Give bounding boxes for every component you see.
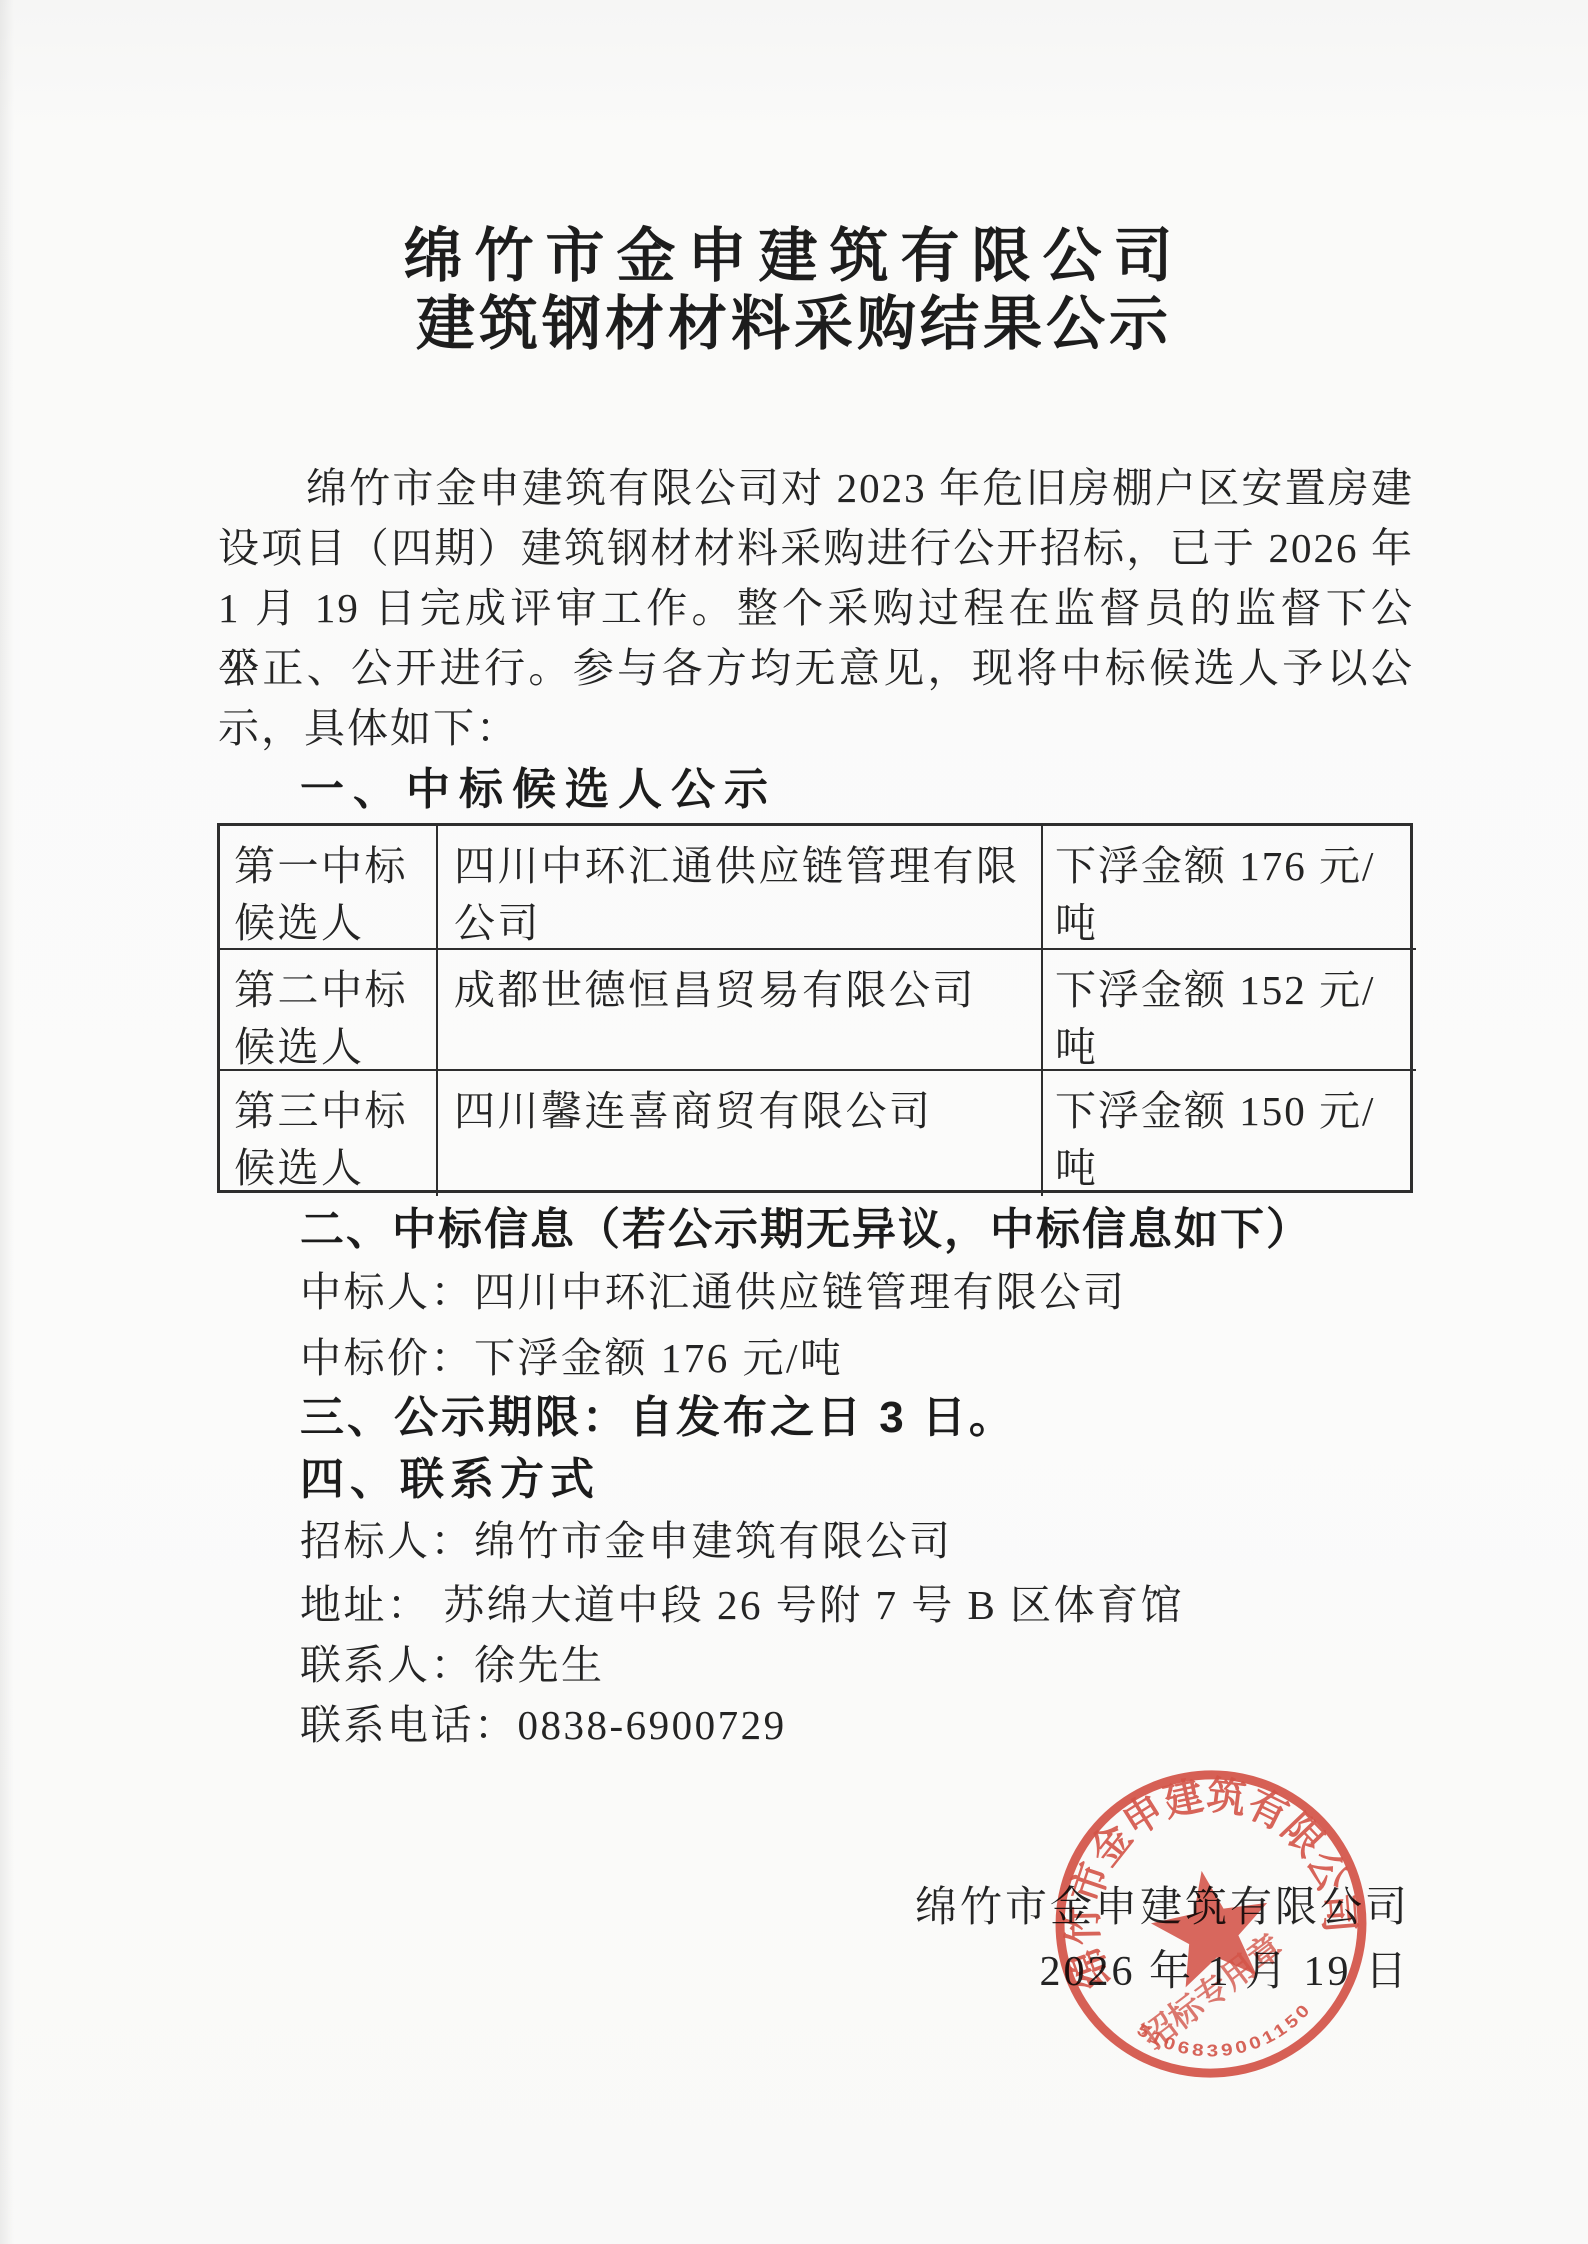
- section-heading-contact: 四、联系方式: [300, 1452, 600, 1508]
- intro-line: 示，具体如下：: [218, 698, 1414, 758]
- table-cell-price-2: 下浮金额 152 元/吨: [1043, 950, 1416, 1071]
- tenderer-line: 招标人：绵竹市金申建筑有限公司: [300, 1511, 953, 1571]
- table-cell-rank-2: 第二中标候选人: [220, 950, 438, 1071]
- award-price-line: 中标价：下浮金额 176 元/吨: [300, 1328, 843, 1388]
- table-cell-price-3: 下浮金额 150 元/吨: [1043, 1071, 1416, 1196]
- table-cell-rank-3: 第三中标候选人: [220, 1071, 438, 1196]
- table-cell-company-1: 四川中环汇通供应链管理有限公司: [438, 826, 1043, 950]
- signature-date: 2026 年 1 月 19 日: [915, 1940, 1410, 2004]
- table-cell-price-1: 下浮金额 176 元/吨: [1043, 826, 1416, 950]
- table-cell-company-2: 成都世德恒昌贸易有限公司: [438, 950, 1043, 1071]
- table-cell-company-3: 四川馨连喜商贸有限公司: [438, 1071, 1043, 1196]
- address-line: 地址： 苏绵大道中段 26 号附 7 号 B 区体育馆: [300, 1575, 1184, 1635]
- intro-line: 1 月 19 日完成评审工作。整个采购过程在监督员的监督下公平、: [218, 578, 1414, 638]
- signature-company: 绵竹市金申建筑有限公司: [915, 1876, 1410, 1940]
- intro-line: 绵竹市金申建筑有限公司对 2023 年危旧房棚户区安置房建: [218, 458, 1414, 518]
- intro-line: 设项目（四期）建筑钢材材料采购进行公开招标，已于 2026 年: [218, 518, 1414, 578]
- signature-block: 绵竹市金申建筑有限公司 2026 年 1 月 19 日: [915, 1876, 1410, 2004]
- award-winner-line: 中标人：四川中环汇通供应链管理有限公司: [300, 1262, 1127, 1322]
- title-line-1: 绵竹市金申建筑有限公司: [0, 222, 1588, 290]
- intro-line: 公正、公开进行。参与各方均无意见，现将中标候选人予以公: [218, 638, 1414, 698]
- document-page: 绵竹市金申建筑有限公司 建筑钢材材料采购结果公示 绵竹市金申建筑有限公司对 20…: [0, 0, 1588, 2244]
- contact-person-line: 联系人：徐先生: [300, 1635, 605, 1695]
- candidates-table: 第一中标候选人 四川中环汇通供应链管理有限公司 下浮金额 176 元/吨 第二中…: [217, 823, 1413, 1193]
- document-title: 绵竹市金申建筑有限公司 建筑钢材材料采购结果公示: [0, 222, 1588, 358]
- contact-phone-line: 联系电话：0838-6900729: [300, 1695, 787, 1755]
- section-heading-publicity-period: 三、公示期限：自发布之日 3 日。: [300, 1390, 1016, 1446]
- section-heading-candidates: 一、中标候选人公示: [300, 762, 777, 818]
- intro-paragraph: 绵竹市金申建筑有限公司对 2023 年危旧房棚户区安置房建 设项目（四期）建筑钢…: [218, 458, 1414, 758]
- title-line-2: 建筑钢材材料采购结果公示: [0, 290, 1588, 358]
- table-cell-rank-1: 第一中标候选人: [220, 826, 438, 950]
- section-heading-award-info: 二、中标信息（若公示期无异议，中标信息如下）: [300, 1202, 1312, 1258]
